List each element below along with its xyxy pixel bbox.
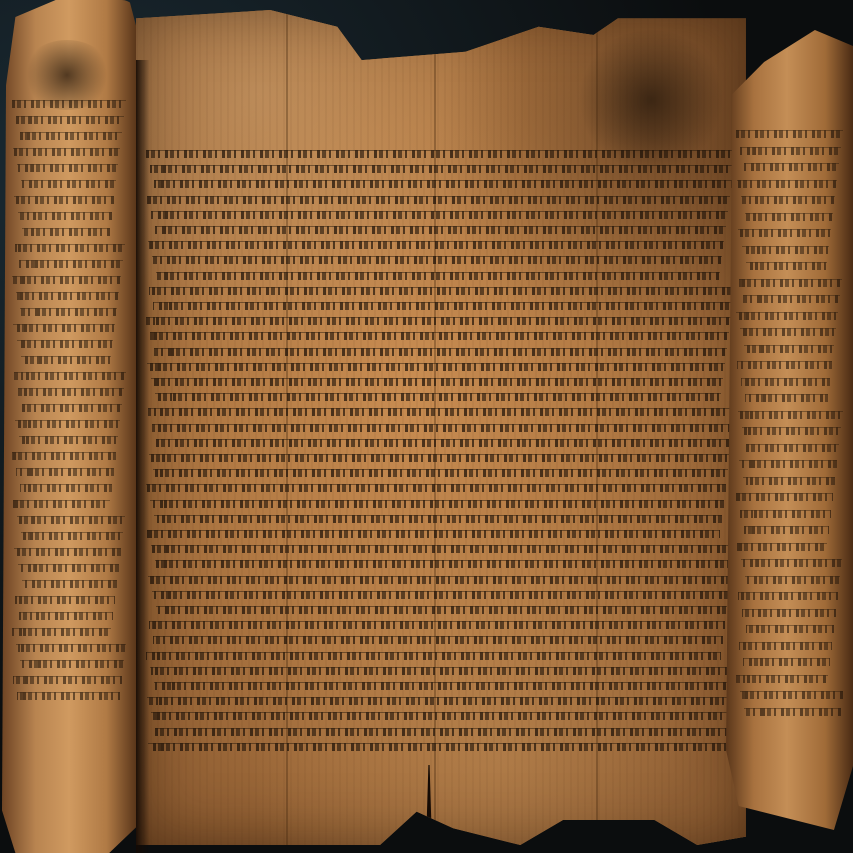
- ink-line: [146, 317, 731, 325]
- ink-line: [740, 691, 843, 699]
- ink-line: [154, 348, 727, 356]
- ink-line: [739, 279, 842, 287]
- ink-line: [744, 163, 839, 171]
- ink-line: [19, 612, 113, 620]
- ink-line: [153, 469, 728, 477]
- ink-line: [16, 644, 126, 652]
- ink-line: [736, 675, 828, 683]
- ink-line: [152, 591, 729, 599]
- ink-line: [147, 530, 720, 538]
- ink-line: [147, 196, 730, 204]
- ink-line: [18, 564, 119, 572]
- ink-line: [148, 408, 736, 416]
- ink-line: [17, 692, 120, 700]
- ink-line: [744, 345, 834, 353]
- ink-line: [740, 147, 841, 155]
- dark-stain: [576, 30, 726, 170]
- ink-line: [147, 697, 732, 705]
- ink-line: [742, 427, 841, 435]
- ink-line: [15, 420, 120, 428]
- ink-line: [150, 332, 729, 340]
- ink-line: [738, 229, 831, 237]
- ink-line: [151, 211, 728, 219]
- ink-line: [151, 378, 723, 386]
- ink-line: [742, 246, 829, 254]
- ink-line: [155, 393, 721, 401]
- ink-line: [745, 213, 833, 221]
- ink-line: [18, 388, 124, 396]
- roll-shadow: [136, 60, 150, 853]
- ink-line: [12, 452, 116, 460]
- ink-line: [17, 516, 125, 524]
- ink-line: [743, 477, 835, 485]
- ink-line: [17, 164, 118, 172]
- ink-line: [151, 545, 735, 553]
- left-scroll-roll: [2, 0, 136, 853]
- ink-line: [12, 100, 126, 108]
- ink-line: [14, 548, 121, 556]
- script-text-block: [146, 150, 736, 760]
- ink-line: [12, 276, 121, 284]
- right-scroll-roll: [726, 30, 853, 830]
- ink-line: [156, 272, 720, 280]
- scroll-scene: [0, 0, 853, 853]
- ink-line: [153, 302, 733, 310]
- ink-line: [149, 287, 735, 295]
- ink-line: [21, 532, 123, 540]
- ink-line: [13, 324, 115, 332]
- ink-line: [153, 636, 723, 644]
- ink-line: [16, 468, 114, 476]
- ink-line: [147, 363, 725, 371]
- ink-line: [739, 460, 837, 468]
- ink-line: [150, 165, 734, 173]
- ink-line: [746, 262, 827, 270]
- ink-line: [150, 500, 724, 508]
- ink-line: [13, 148, 120, 156]
- ink-line: [738, 592, 838, 600]
- ink-line: [737, 361, 832, 369]
- ink-line: [15, 596, 115, 604]
- ink-line: [739, 642, 832, 650]
- ink-line: [16, 292, 119, 300]
- ink-line: [742, 609, 836, 617]
- ink-line: [22, 404, 122, 412]
- ink-line: [149, 454, 730, 462]
- ink-line: [736, 312, 838, 320]
- ink-line: [738, 411, 843, 419]
- ink-line: [146, 484, 726, 492]
- ink-line: [146, 652, 721, 660]
- script-text-block: [12, 100, 126, 720]
- ink-line: [17, 340, 113, 348]
- ink-line: [22, 580, 117, 588]
- ink-line: [16, 116, 124, 124]
- ink-line: [745, 394, 828, 402]
- ink-line: [743, 658, 830, 666]
- ink-line: [155, 560, 733, 568]
- ink-line: [20, 660, 124, 668]
- ink-line: [148, 241, 724, 249]
- ink-line: [744, 526, 829, 534]
- ink-line: [154, 180, 732, 188]
- script-text-block: [736, 130, 843, 730]
- ink-line: [150, 667, 736, 675]
- ink-line: [736, 130, 843, 138]
- ink-line: [152, 424, 734, 432]
- ink-line: [20, 484, 112, 492]
- ink-line: [745, 576, 840, 584]
- ink-line: [156, 439, 732, 447]
- ink-line: [746, 625, 834, 633]
- ink-line: [146, 150, 736, 158]
- ink-line: [151, 712, 730, 720]
- ink-line: [19, 436, 118, 444]
- ink-line: [746, 444, 839, 452]
- ink-line: [148, 576, 731, 584]
- ink-line: [20, 132, 122, 140]
- ink-line: [20, 308, 117, 316]
- ink-line: [15, 244, 125, 252]
- ink-line: [155, 728, 728, 736]
- ink-line: [741, 378, 830, 386]
- ink-line: [155, 226, 726, 234]
- ink-line: [737, 180, 837, 188]
- unrolled-parchment-sheet: [136, 10, 746, 845]
- ink-line: [22, 228, 110, 236]
- ink-line: [21, 356, 111, 364]
- ink-line: [14, 196, 114, 204]
- ink-line: [744, 708, 841, 716]
- ink-line: [154, 682, 734, 690]
- ink-line: [743, 295, 840, 303]
- ink-line: [737, 543, 827, 551]
- ink-line: [740, 328, 836, 336]
- ink-line: [13, 676, 122, 684]
- ink-line: [741, 559, 842, 567]
- ink-line: [13, 500, 110, 508]
- ink-line: [12, 628, 111, 636]
- ink-line: [14, 372, 126, 380]
- ink-line: [741, 196, 835, 204]
- ink-line: [740, 510, 831, 518]
- ink-line: [152, 256, 722, 264]
- ink-line: [154, 515, 722, 523]
- ink-line: [736, 493, 833, 501]
- ink-line: [21, 180, 116, 188]
- ink-line: [149, 621, 725, 629]
- ink-line: [156, 606, 727, 614]
- ink-line: [18, 212, 112, 220]
- ink-line: [148, 743, 726, 751]
- ink-line: [19, 260, 123, 268]
